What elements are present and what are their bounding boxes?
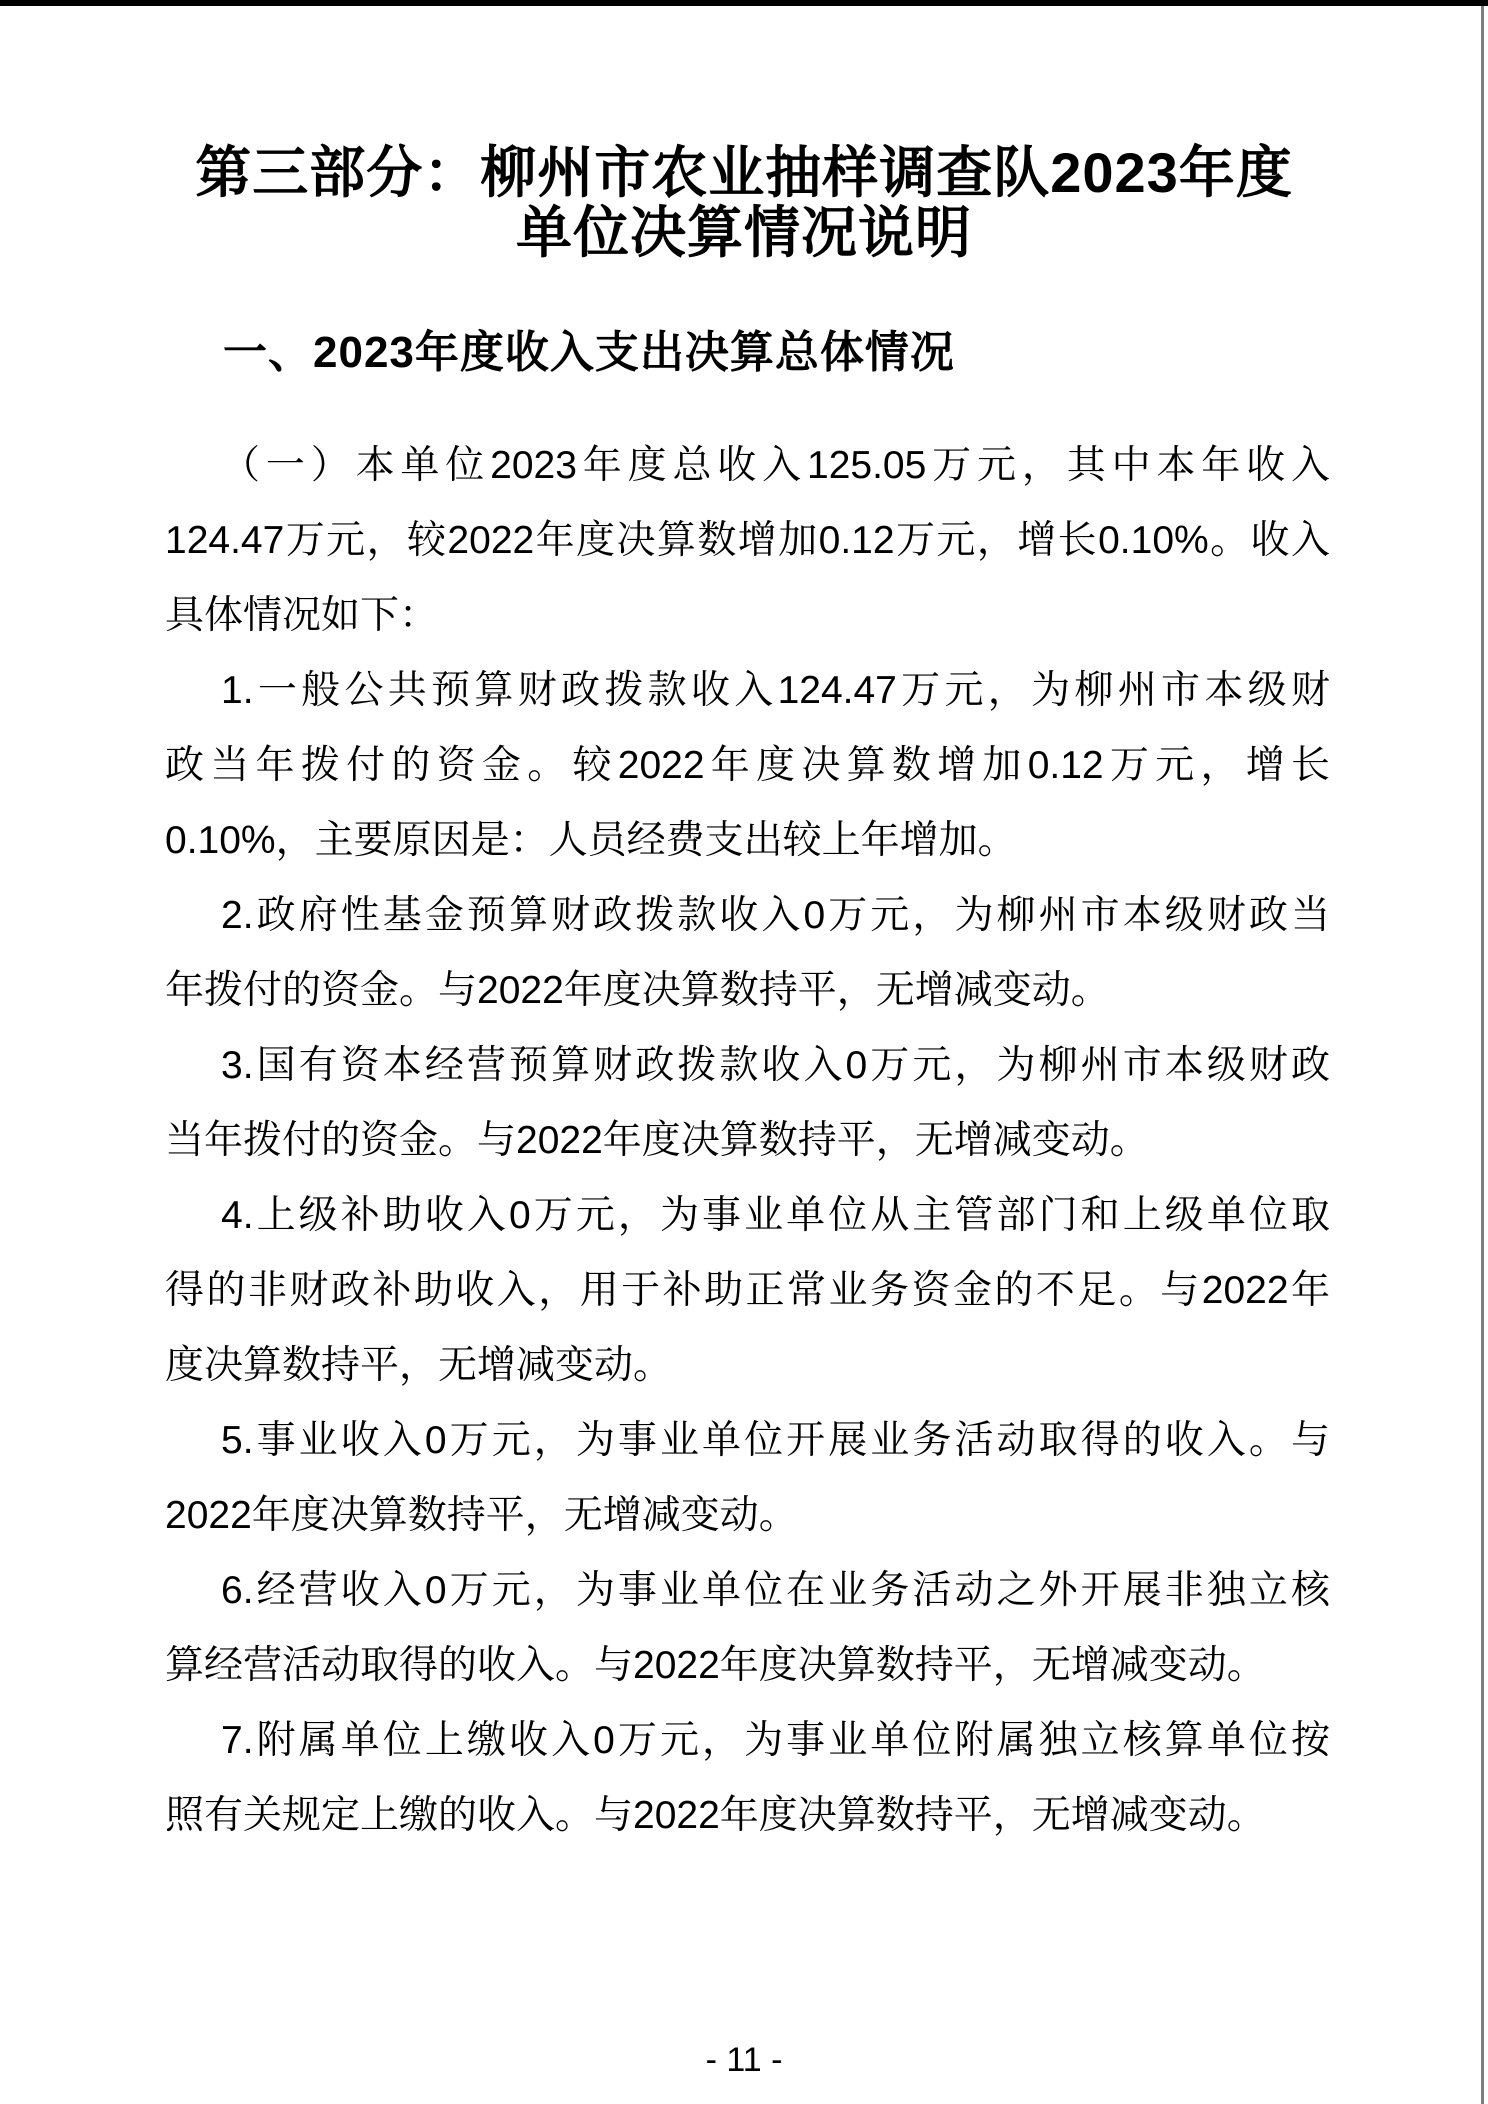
text-line: 2022年度决算数持平，无增减变动。	[165, 1478, 1330, 1553]
document-title-line-2: 单位决算情况说明	[0, 203, 1488, 263]
page-number: - 11 -	[0, 2040, 1488, 2080]
text-line: 年拨付的资金。与2022年度决算数持平，无增减变动。	[165, 953, 1330, 1028]
page-right-edge-line	[1481, 6, 1484, 2104]
text-line: 算经营活动取得的收入。与2022年度决算数持平，无增减变动。	[165, 1628, 1330, 1703]
text-line: 6.经营收入0万元，为事业单位在业务活动之外开展非独立核	[165, 1553, 1330, 1628]
document-title-line-1: 第三部分：柳州市农业抽样调查队2023年度	[0, 143, 1488, 203]
top-border-bar	[0, 0, 1488, 6]
text-line: 2.政府性基金预算财政拨款收入0万元，为柳州市本级财政当	[165, 878, 1330, 953]
text-line: 度决算数持平，无增减变动。	[165, 1328, 1330, 1403]
text-line: 1.一般公共预算财政拨款收入124.47万元，为柳州市本级财	[165, 653, 1330, 728]
text-line: 当年拨付的资金。与2022年度决算数持平，无增减变动。	[165, 1103, 1330, 1178]
section-heading: 一、2023年度收入支出决算总体情况	[223, 328, 955, 378]
text-line: 3.国有资本经营预算财政拨款收入0万元，为柳州市本级财政	[165, 1028, 1330, 1103]
document-title: 第三部分：柳州市农业抽样调查队2023年度 单位决算情况说明	[0, 143, 1488, 263]
text-line: 照有关规定上缴的收入。与2022年度决算数持平，无增减变动。	[165, 1778, 1330, 1853]
text-line: 5.事业收入0万元，为事业单位开展业务活动取得的收入。与	[165, 1403, 1330, 1478]
text-line: 124.47万元，较2022年度决算数增加0.12万元，增长0.10%。收入	[165, 503, 1330, 578]
text-line: 4.上级补助收入0万元，为事业单位从主管部门和上级单位取	[165, 1178, 1330, 1253]
text-line: （一）本单位2023年度总收入125.05万元，其中本年收入	[165, 428, 1330, 503]
text-line: 政当年拨付的资金。较2022年度决算数增加0.12万元，增长	[165, 728, 1330, 803]
body-text: （一）本单位2023年度总收入125.05万元，其中本年收入124.47万元，较…	[165, 428, 1330, 1853]
text-line: 7.附属单位上缴收入0万元，为事业单位附属独立核算单位按	[165, 1703, 1330, 1778]
document-page: 第三部分：柳州市农业抽样调查队2023年度 单位决算情况说明 一、2023年度收…	[0, 0, 1488, 2104]
text-line: 0.10%，主要原因是：人员经费支出较上年增加。	[165, 803, 1330, 878]
text-line: 得的非财政补助收入，用于补助正常业务资金的不足。与2022年	[165, 1253, 1330, 1328]
text-line: 具体情况如下：	[165, 578, 1330, 653]
